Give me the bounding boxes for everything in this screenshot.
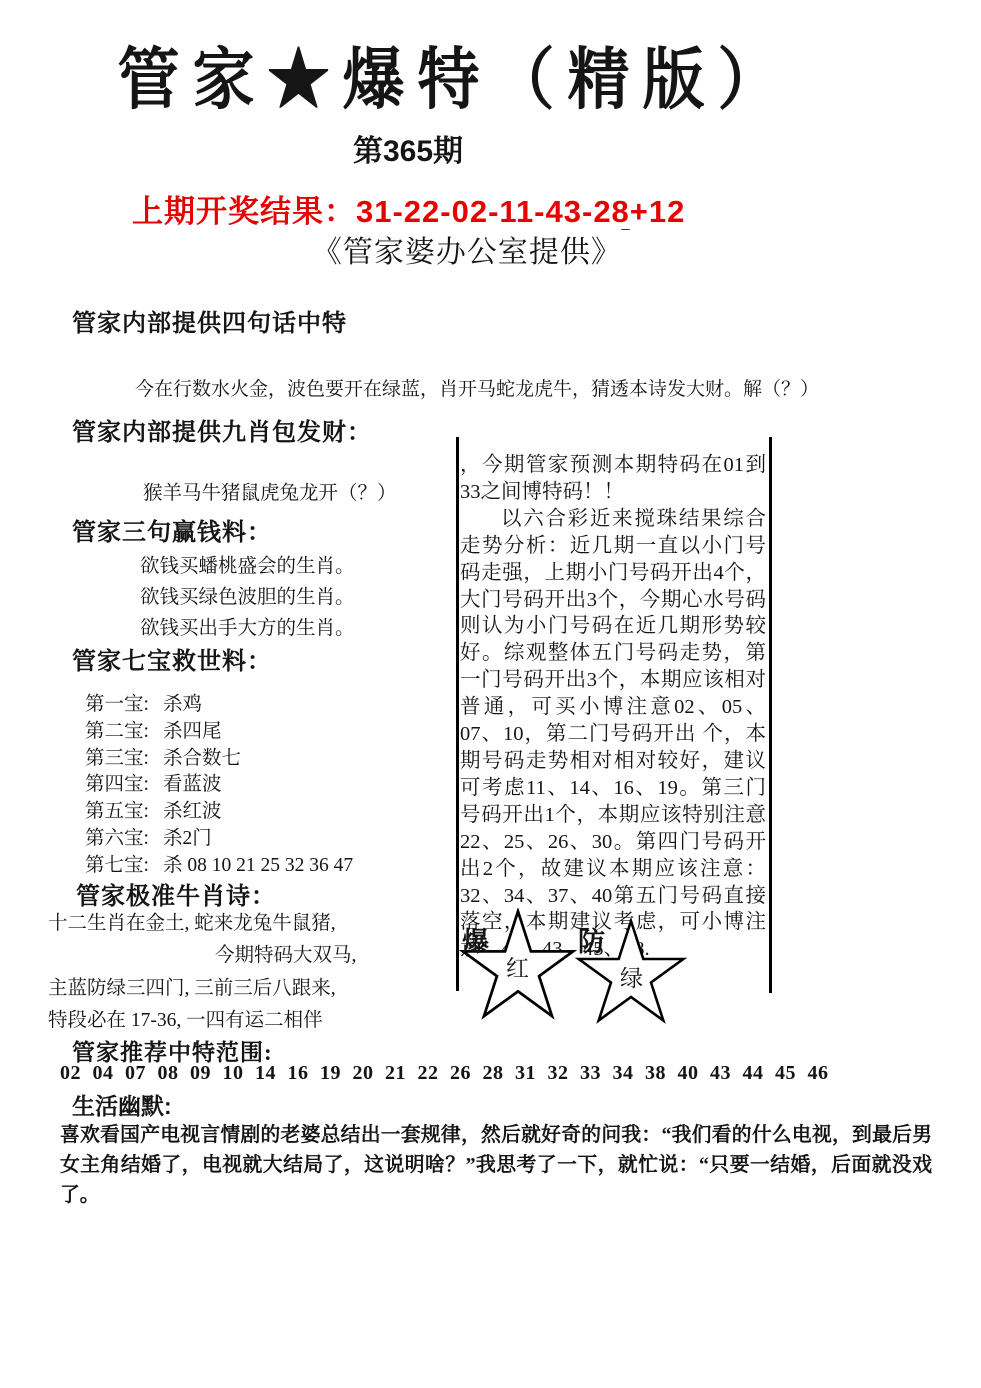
ox-poem-heading: 管家极准牛肖诗： [76,876,276,911]
three-sentence-line: 欲钱买出手大方的生肖。 [140,613,355,644]
treasure-value: 杀四尾 [163,715,222,742]
four-sentence-text: 今在行数水火金，波色要开在绿蓝，肖开马蛇龙虎牛，猜透本诗发大财。解（？） [135,374,819,401]
treasure-value: 杀鸡 [163,688,202,715]
treasure-row: 第四宝: 看蓝波 [85,768,353,795]
treasure-list: 第一宝: 杀鸡 第二宝: 杀四尾 第三宝: 杀合数七 第四宝: 看蓝波 第五宝:… [85,688,353,876]
treasure-value: 杀2门 [163,822,212,849]
treasure-label: 第三宝: [85,742,149,769]
last-draw-label: 上期开奖结果： [132,194,356,229]
star1-inner-label: 红 [506,950,529,983]
treasure-value: 杀 08 10 21 25 32 36 47 [163,849,353,876]
treasure-value: 杀红波 [163,795,222,822]
three-sentence-line: 欲钱买蟠桃盛会的生肖。 [140,551,355,582]
provider-mark: ‾ [622,227,630,252]
treasure-label: 第六宝: [85,822,149,849]
last-draw-result: 上期开奖结果：31-22-02-11-43-28+12 [132,186,685,231]
three-sentence-line: 欲钱买绿色波胆的生肖。 [140,582,355,613]
humor-text: 喜欢看国产电视言情剧的老婆总结出一套规律，然后就好奇的问我：“我们看的什么电视，… [60,1120,932,1210]
ox-poem-line: 今期特码大双马, [215,939,356,967]
treasure-label: 第七宝: [85,849,149,876]
treasure-row: 第二宝: 杀四尾 [85,715,353,742]
three-sentence-list: 欲钱买蟠桃盛会的生肖。 欲钱买绿色波胆的生肖。 欲钱买出手大方的生肖。 [140,551,355,644]
seven-treasure-heading: 管家七宝救世料： [72,641,272,676]
analysis-text: ，今期管家预测本期特码在01到33之间博特码！！ 以六合彩近来搅珠结果综合走势分… [460,452,766,963]
star1-outer-label: 爆 [462,920,489,959]
recommend-numbers: 02 04 07 08 09 10 14 16 19 20 21 22 26 2… [60,1062,829,1085]
treasure-row: 第五宝: 杀红波 [85,795,353,822]
ox-poem-line: 十二生肖在金土, 蛇来龙兔牛鼠猪, [48,907,336,935]
analysis-paragraph-1: ，今期管家预测本期特码在01到33之间博特码！！ [460,452,766,506]
ox-poem-line: 主蓝防绿三四门, 三前三后八跟来, [48,972,336,1000]
analysis-box-right-rule [769,437,772,993]
provider-line: 《管家婆办公室提供》‾ [0,227,942,271]
treasure-value: 杀合数七 [163,742,241,769]
star2-inner-label: 绿 [620,960,643,993]
humor-heading: 生活幽默: [72,1088,172,1121]
treasure-row: 第三宝: 杀合数七 [85,742,353,769]
nine-zodiac-heading: 管家内部提供九肖包发财： [72,412,372,447]
ox-poem-line: 特段必在 17-36, 一四有运二相伴 [48,1004,323,1032]
treasure-label: 第二宝: [85,715,149,742]
page-title: 管家★爆特（精版） [60,26,850,122]
analysis-paragraph-2: 以六合彩近来搅珠结果综合走势分析：近几期一直以小门号码走强，上期小门号码开出4个… [460,506,766,963]
treasure-label: 第五宝: [85,795,149,822]
lottery-tip-sheet: 管家★爆特（精版） 第365期 上期开奖结果：31-22-02-11-43-28… [0,0,981,1388]
three-sentence-heading: 管家三句赢钱料： [72,512,272,547]
four-sentence-heading: 管家内部提供四句话中特 [72,303,347,338]
last-draw-numbers: 31-22-02-11-43-28+12 [356,194,685,229]
treasure-value: 看蓝波 [163,768,222,795]
treasure-label: 第四宝: [85,768,149,795]
nine-zodiac-text: 猴羊马牛猪鼠虎兔龙开（？） [143,477,397,505]
provider-name: 《管家婆办公室提供》 [312,236,622,269]
treasure-label: 第一宝: [85,688,149,715]
treasure-row: 第七宝: 杀 08 10 21 25 32 36 47 [85,849,353,876]
issue-number: 第365期 [0,126,816,170]
treasure-row: 第六宝: 杀2门 [85,822,353,849]
treasure-row: 第一宝: 杀鸡 [85,688,353,715]
star2-outer-label: 防 [578,920,605,959]
